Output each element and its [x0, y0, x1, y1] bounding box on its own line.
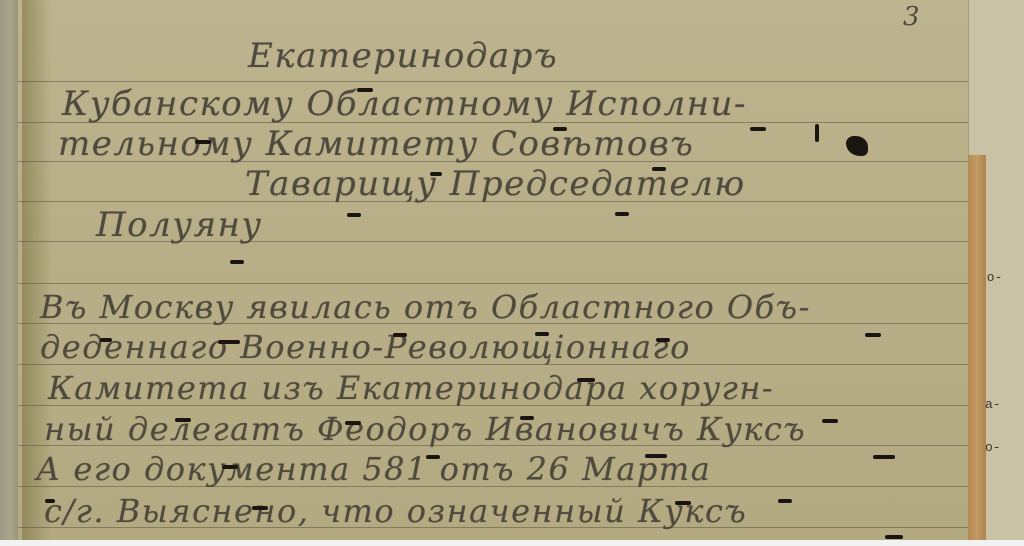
typed-fragment: а-	[985, 397, 1001, 412]
correction-mark	[865, 333, 881, 337]
addressee-name: Полуяну	[96, 205, 263, 245]
correction-mark	[778, 499, 792, 503]
correction-mark	[615, 212, 629, 216]
correction-mark	[885, 535, 903, 539]
repair-tape-strip	[968, 155, 986, 540]
correction-mark	[577, 378, 595, 382]
body-line: Въ Москву явилась отъ Областного Объ-	[40, 288, 811, 326]
correction-mark	[750, 127, 766, 131]
correction-mark	[430, 172, 442, 176]
ruled-line	[18, 81, 968, 82]
correction-mark	[345, 421, 361, 425]
body-line: с/г. Выяснено, что означенный Куксъ	[44, 492, 747, 530]
page-number: 3	[903, 2, 920, 32]
correction-mark	[426, 455, 440, 459]
correction-mark	[873, 455, 895, 459]
addressee-line: Кубанскому Областному Исполни-	[62, 84, 747, 124]
addressee-line: Таварищу Председателю	[245, 164, 746, 204]
correction-mark	[520, 416, 534, 420]
correction-mark	[347, 213, 361, 217]
correction-mark	[393, 333, 407, 337]
correction-mark	[656, 338, 670, 342]
body-line: Камитета изъ Екатеринодара хоругн-	[48, 369, 774, 407]
correction-mark	[357, 88, 373, 92]
correction-mark	[675, 501, 691, 505]
body-line: ный делегатъ Феодоръ Ивановичъ Куксъ	[44, 410, 806, 448]
correction-mark	[652, 167, 666, 171]
correction-mark	[175, 418, 191, 422]
place-heading: Екатеринодаръ	[248, 36, 558, 76]
correction-mark	[195, 140, 211, 144]
correction-mark	[822, 419, 838, 423]
correction-mark	[553, 127, 567, 131]
image-bottom-edge	[0, 540, 1024, 546]
ruled-line	[18, 283, 968, 284]
addressee-line: тельному Камитету Совѣтовъ	[58, 124, 694, 164]
correction-mark	[645, 454, 667, 458]
typed-fragment: о-	[985, 440, 1001, 455]
exclamation-mark	[815, 124, 819, 142]
body-line: деденнаго Военно-Револющiоннаго	[40, 328, 691, 366]
correction-mark	[535, 332, 549, 336]
correction-mark	[252, 506, 268, 510]
correction-mark	[222, 465, 238, 469]
body-line: А его документа 581 отъ 26 Марта	[36, 450, 711, 488]
correction-mark	[45, 499, 55, 503]
correction-mark	[230, 260, 244, 264]
correction-mark	[218, 340, 240, 344]
correction-mark	[100, 338, 112, 342]
